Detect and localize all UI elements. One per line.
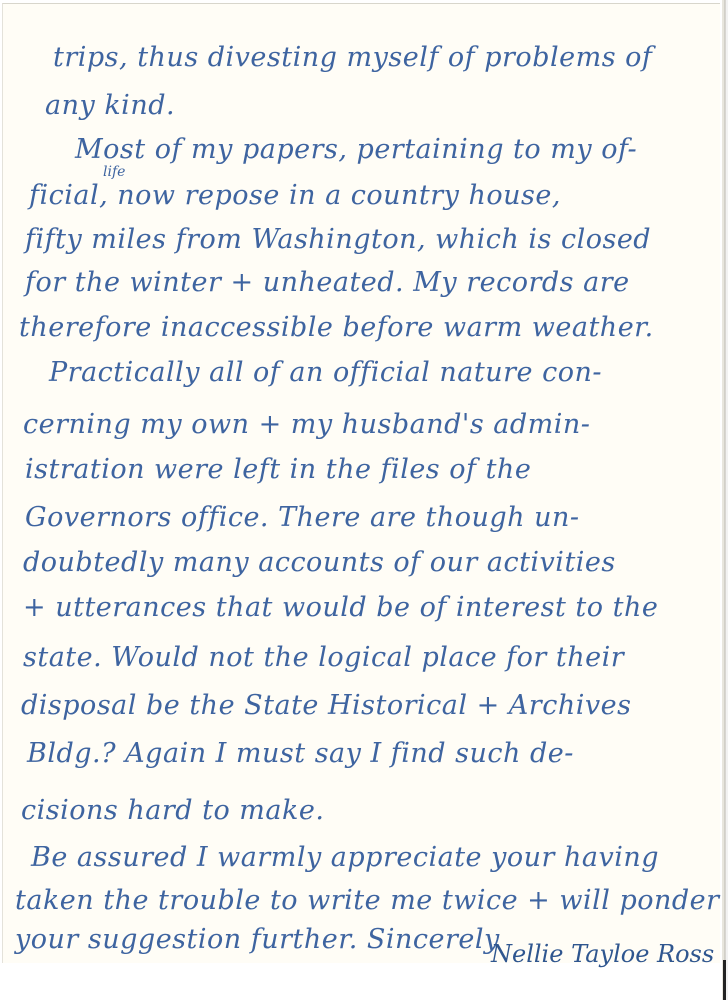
letter-line: for the winter + unheated. My records ar… xyxy=(25,269,630,296)
signature: Nellie Tayloe Ross xyxy=(491,940,714,968)
letter-page: trips, thus divesting myself of problems… xyxy=(2,3,720,963)
letter-line: fifty miles from Washington, which is cl… xyxy=(25,226,651,253)
letter-line: state. Would not the logical place for t… xyxy=(23,644,624,671)
letter-line: cisions hard to make. xyxy=(21,797,324,824)
letter-line: istration were left in the files of the xyxy=(25,456,531,483)
letter-line: taken the trouble to write me twice + wi… xyxy=(15,887,720,914)
letter-line: Be assured I warmly appreciate your havi… xyxy=(31,844,659,871)
letter-line: any kind. xyxy=(45,92,175,119)
letter-line: ficial, now repose in a country house, xyxy=(29,182,561,209)
letter-line: your suggestion further. Sincerely xyxy=(15,926,500,953)
letter-line: Most of my papers, pertaining to my of- xyxy=(75,136,637,163)
letter-line: doubtedly many accounts of our activitie… xyxy=(23,549,616,576)
paper-edge xyxy=(722,0,728,1000)
letter-line: Bldg.? Again I must say I find such de- xyxy=(27,740,574,767)
letter-line: Practically all of an official nature co… xyxy=(49,359,602,386)
paper-shadow xyxy=(723,960,726,1000)
letter-line: + utterances that would be of interest t… xyxy=(23,594,658,621)
letter-line: trips, thus divesting myself of problems… xyxy=(53,44,652,71)
letter-line: disposal be the State Historical + Archi… xyxy=(21,692,631,719)
letter-line: cerning my own + my husband's admin- xyxy=(23,411,590,438)
handwritten-insertion: life xyxy=(103,164,125,180)
letter-line: Governors office. There are though un- xyxy=(25,504,580,531)
letter-line: therefore inaccessible before warm weath… xyxy=(19,314,654,341)
